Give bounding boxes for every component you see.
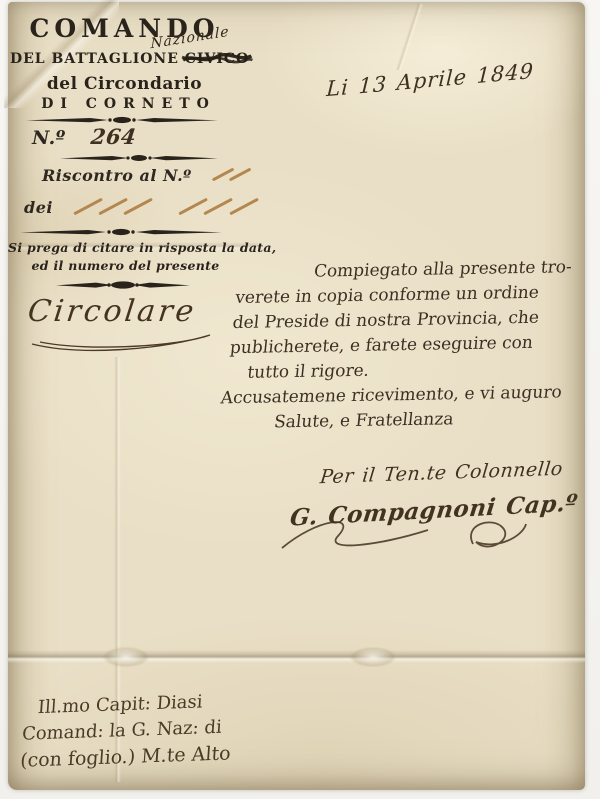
divider-ornament <box>60 153 218 163</box>
dei-row: dei <box>24 198 248 217</box>
divider-ornament <box>56 279 190 291</box>
document-paper: COMANDO DEL BATTAGLIONE CIVICO Nazionale… <box>8 2 585 790</box>
letterhead-battalion-line: DEL BATTAGLIONE CIVICO <box>10 51 242 67</box>
dei-label: dei <box>24 198 53 217</box>
strikethrough-scribble-icon <box>181 48 253 70</box>
subject-underline-flourish-icon <box>30 332 215 356</box>
protocol-number-value: 264 <box>89 124 137 149</box>
dei-slash-marks-2 <box>177 198 247 217</box>
subject-title: Circolare <box>26 294 199 329</box>
address-block: Ill.mo Capit: Diasi Comand: la G. Naz: d… <box>19 688 235 774</box>
letterhead-battalion-prefix: DEL BATTAGLIONE <box>10 51 185 67</box>
date-line: Li 13 Aprile 1849 <box>326 59 535 101</box>
citation-note-line1: Si prega di citare in risposta la data, <box>8 240 243 255</box>
fold-crease-main <box>8 650 585 663</box>
protocol-number-label: N.º <box>32 127 66 149</box>
citation-note-line2: ed il numero del presente <box>8 258 243 273</box>
fold-crease-star-right <box>338 640 408 674</box>
slash-mark <box>123 197 152 214</box>
dei-slash-marks-1 <box>72 198 142 217</box>
closing-line: Per il Ten.te Colonnello <box>319 458 564 489</box>
riscontro-row: Riscontro al N.º <box>42 166 240 185</box>
divider-ornament <box>20 227 222 237</box>
body-line: Salute, e Fratellanza <box>221 405 584 436</box>
letterhead-district: del Circondario <box>22 74 227 94</box>
riscontro-slash-marks <box>211 166 240 185</box>
riscontro-label: Riscontro al N.º <box>42 166 192 185</box>
slash-mark <box>229 197 258 214</box>
signature-paraph-flourish-icon <box>278 510 528 560</box>
protocol-number-row: N.º 264 <box>32 124 136 149</box>
fold-crease-top-right <box>395 3 423 72</box>
letter-body: Compiegato alla presente tro- verete in … <box>221 255 599 437</box>
fold-crease-star-left <box>91 640 161 674</box>
letterhead-battalion-struck-word: CIVICO <box>185 51 249 67</box>
letterhead-place: DI CORNETO <box>26 96 231 112</box>
